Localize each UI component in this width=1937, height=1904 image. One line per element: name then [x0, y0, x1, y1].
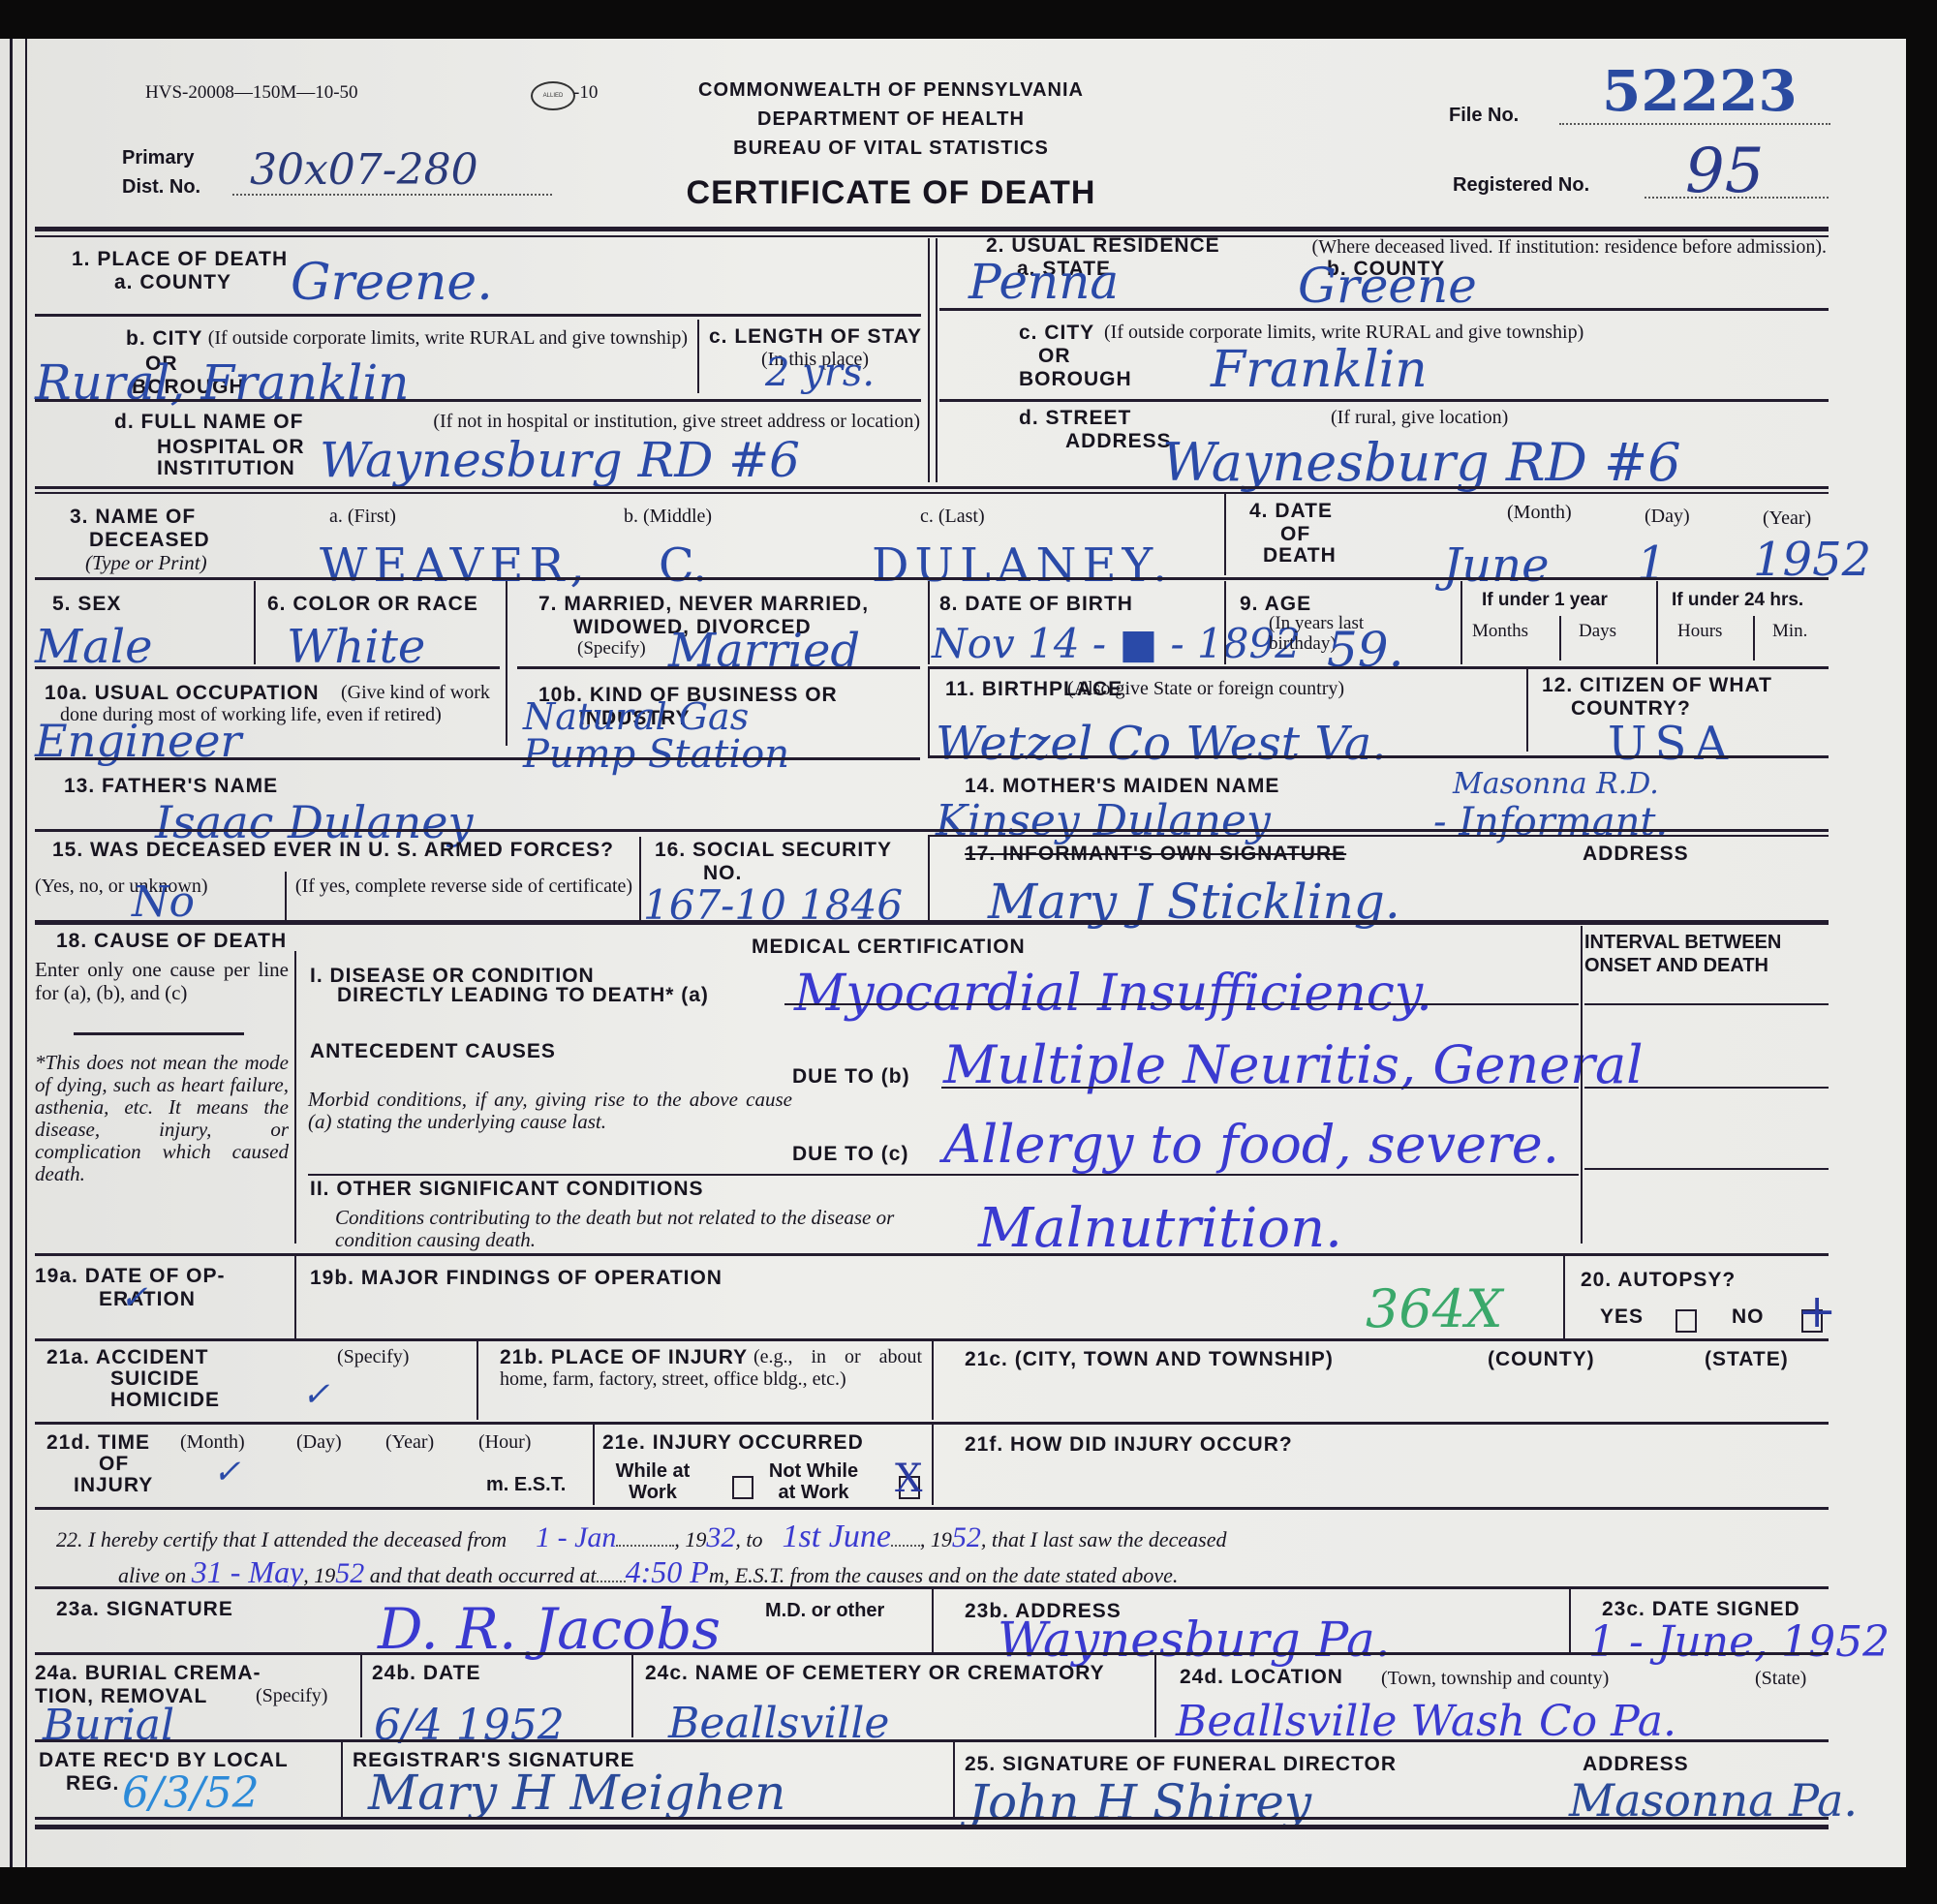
last-name-value: DULANEY. — [872, 538, 1173, 593]
physician-address-value: Waynesburg Pa. — [998, 1612, 1391, 1668]
physician-signature-label: 23a. SIGNATURE — [56, 1598, 233, 1620]
divider — [932, 1340, 934, 1420]
header-line2: DEPARTMENT OF HEALTH — [542, 108, 1240, 131]
month-label: (Month) — [1507, 502, 1572, 523]
under-24-hrs-label: If under 24 hrs. — [1672, 591, 1803, 611]
injury-hour-label: (Hour) — [478, 1431, 531, 1453]
rule — [35, 1825, 1829, 1829]
injury-place-hint: (e.g., in or about home, farm, factory, … — [500, 1346, 922, 1391]
injury-city-label: 21c. (CITY, TOWN AND TOWNSHIP) — [965, 1348, 1334, 1370]
divider — [1526, 668, 1528, 752]
attended-to-year: 52 — [952, 1521, 981, 1553]
divider — [1656, 581, 1658, 664]
last-seen-alive-value: 31 - May — [192, 1554, 304, 1589]
other-conditions-label: II. OTHER SIGNIFICANT CONDITIONS — [310, 1178, 704, 1200]
accident-specify-label: (Specify) — [337, 1346, 409, 1367]
disposition-value: Burial — [43, 1701, 174, 1750]
injury-month-label: (Month) — [180, 1431, 245, 1453]
name-label: 3. NAME OF — [70, 506, 196, 528]
armed-forces-label: 15. WAS DECEASED EVER IN U. S. ARMED FOR… — [52, 839, 614, 861]
street-hint: (If rural, give location) — [1331, 407, 1508, 428]
of-label: OF — [1280, 523, 1310, 545]
divider — [928, 837, 930, 924]
interval-line-c — [1584, 1168, 1829, 1170]
injury-time-check: ✓ — [213, 1453, 241, 1491]
injury-day-label: (Day) — [296, 1431, 342, 1453]
due-to-b-label: DUE TO (b) — [792, 1065, 910, 1088]
injury-label: INJURY — [74, 1474, 153, 1496]
divider — [1154, 1654, 1156, 1737]
not-while-at-work-mark-icon: X — [895, 1457, 922, 1501]
rule — [928, 835, 1829, 837]
borough-label: BOROUGH — [1019, 368, 1132, 390]
mother-label: 14. MOTHER'S MAIDEN NAME — [965, 775, 1279, 797]
interval-line-a — [1584, 1003, 1829, 1005]
divider — [639, 837, 641, 924]
left-border — [10, 39, 13, 1867]
marital-value: Married — [668, 624, 860, 678]
injury-time-label: 21d. TIME — [46, 1431, 150, 1454]
cause-a-value: Myocardial Insufficiency. — [794, 965, 1432, 1023]
divider — [953, 1741, 955, 1819]
form-code: HVS-20008—150M—10-50 — [145, 83, 358, 104]
death-day-value: 1 — [1637, 537, 1667, 591]
divider — [254, 581, 256, 664]
divider — [285, 872, 287, 920]
rule — [35, 757, 920, 760]
divider — [1460, 581, 1462, 664]
type-or-print-label: (Type or Print) — [85, 552, 207, 574]
time-of-death-value: 4:50 P — [626, 1554, 709, 1589]
ssn-label: 16. SOCIAL SECURITY — [655, 839, 892, 861]
rule — [35, 1507, 1829, 1510]
medical-certification-label: MEDICAL CERTIFICATION — [752, 936, 1026, 958]
while-at-work-label: While at Work — [604, 1460, 701, 1503]
first-name-value: WEAVER, — [320, 538, 591, 593]
divider — [1224, 494, 1226, 575]
last-seen-alive-year: 52 — [335, 1557, 364, 1589]
birth-date-label: 8. DATE OF BIRTH — [939, 593, 1133, 615]
informant-note: - Informant. — [1433, 800, 1668, 845]
cemetery-label: 24c. NAME OF CEMETERY OR CREMATORY — [645, 1662, 1105, 1684]
hospital-label-2: HOSPITAL OR — [157, 436, 305, 458]
stay-value: 2 yrs. — [765, 351, 875, 395]
rule — [939, 399, 1829, 402]
divider — [928, 581, 930, 664]
certify-line-2: alive on 31 - May, 1952 and that death o… — [118, 1555, 1178, 1589]
certify-line-1: 22. I hereby certify that I attended the… — [56, 1519, 1226, 1554]
residence-hint: (Where deceased lived. If institution: r… — [1278, 236, 1827, 258]
divider — [1559, 616, 1561, 660]
burial-date-label: 24b. DATE — [372, 1662, 480, 1684]
autopsy-no-mark-icon: + — [1798, 1284, 1836, 1338]
divider — [360, 1654, 362, 1737]
divider — [932, 1424, 934, 1505]
operation-date-check: ✓ — [120, 1278, 148, 1317]
hours-label: Hours — [1677, 622, 1722, 642]
rule — [35, 1739, 1829, 1742]
cause-c-value: Allergy to food, severe. — [943, 1114, 1559, 1175]
informant-address-label: ADDRESS — [1583, 843, 1689, 865]
hospital-value: Waynesburg RD #6 — [320, 432, 800, 488]
birthplace-hint: (Also give State or foreign country) — [1067, 678, 1517, 699]
specify-label: (Specify) — [577, 639, 646, 660]
informant-address-note: Masonna R.D. — [1453, 767, 1659, 801]
rule — [35, 486, 1829, 489]
left-border-inner — [25, 39, 27, 1867]
cause-of-death-label: 18. CAUSE OF DEATH — [56, 930, 287, 952]
funeral-address-label: ADDRESS — [1583, 1753, 1689, 1775]
age-value: 59. — [1327, 622, 1404, 678]
attended-from-year: 32 — [706, 1521, 735, 1553]
first-name-label: a. (First) — [329, 506, 396, 527]
rule — [35, 1652, 1829, 1655]
registered-label: Registered No. — [1453, 174, 1589, 196]
primary-label: Primary — [122, 147, 195, 169]
days-label: Days — [1579, 622, 1616, 642]
divider — [593, 1424, 595, 1505]
injury-state-label: (STATE) — [1705, 1348, 1789, 1370]
hospital-label: d. FULL NAME OF — [114, 411, 303, 433]
rule — [35, 1817, 1829, 1820]
citizen-value: USA — [1608, 717, 1736, 771]
death-label: DEATH — [1263, 544, 1337, 567]
header-rule — [35, 227, 1829, 231]
middle-name-value: C. — [659, 538, 707, 593]
autopsy-yes-checkbox[interactable] — [1676, 1309, 1697, 1333]
divider — [294, 951, 296, 1244]
header-line3: BUREAU OF VITAL STATISTICS — [542, 138, 1240, 160]
divider — [1563, 1255, 1565, 1338]
due-to-c-label: DUE TO (c) — [792, 1143, 908, 1165]
accident-check: ✓ — [302, 1375, 330, 1414]
date-of-death-label: 4. DATE — [1249, 500, 1333, 522]
rule — [35, 399, 921, 402]
father-label: 13. FATHER'S NAME — [64, 775, 278, 797]
reg-label: REG. — [66, 1772, 119, 1795]
months-label: Months — [1472, 622, 1528, 642]
injury-year-label: (Year) — [385, 1431, 434, 1453]
deceased-label: DECEASED — [89, 529, 210, 551]
informant-label: 17. INFORMANT'S OWN SIGNATURE — [965, 843, 1346, 865]
rule — [928, 666, 1829, 669]
divider — [341, 1741, 343, 1819]
divider — [1753, 616, 1755, 660]
death-month-value: June — [1443, 538, 1549, 593]
hospital-hint: (If not in hospital or institution, give… — [358, 411, 920, 432]
registered-number: 95 — [1685, 136, 1764, 207]
city-label: b. CITY — [126, 327, 202, 350]
directly-leading-label: DIRECTLY LEADING TO DEATH* (a) — [337, 984, 709, 1006]
death-city-value: Rural, Franklin — [35, 354, 409, 411]
interval-label-2: ONSET AND DEATH — [1584, 955, 1768, 976]
mother-value: Kinsey Dulaney — [936, 796, 1271, 845]
day-label: (Day) — [1645, 506, 1690, 527]
rule — [517, 666, 920, 669]
rule — [35, 666, 500, 669]
file-label: File No. — [1449, 105, 1519, 126]
suicide-label: SUICIDE — [110, 1367, 200, 1390]
line-a — [784, 1003, 1579, 1005]
res-county-value: Greene — [1298, 258, 1477, 314]
location-state-hint: (State) — [1755, 1668, 1806, 1689]
date-received-value: 6/3/52 — [122, 1768, 260, 1818]
header-line1: COMMONWEALTH OF PENNSYLVANIA — [542, 79, 1240, 102]
page-title: CERTIFICATE OF DEATH — [542, 174, 1240, 212]
sex-label: 5. SEX — [52, 593, 121, 615]
injury-county-label: (COUNTY) — [1488, 1348, 1595, 1370]
dist-label: Dist. No. — [122, 176, 200, 198]
marital-label: 7. MARRIED, NEVER MARRIED, — [538, 593, 869, 615]
divider — [294, 1255, 296, 1338]
attended-from-value: 1 - Jan — [536, 1521, 616, 1553]
res-city-label: c. CITY — [1019, 322, 1094, 344]
birth-date-value: Nov 14 - ■ - 1892 — [932, 620, 1301, 667]
md-or-other-label: M.D. or other — [765, 1600, 884, 1621]
homicide-label: HOMICIDE — [110, 1389, 220, 1411]
res-street-value: Waynesburg RD #6 — [1162, 432, 1681, 493]
county-label: a. COUNTY — [114, 271, 231, 293]
address-label: ADDRESS — [1065, 430, 1172, 452]
operation-findings-label: 19b. MAJOR FINDINGS OF OPERATION — [310, 1267, 723, 1289]
line-b — [941, 1087, 1579, 1089]
min-label: Min. — [1772, 622, 1807, 642]
rule — [308, 1174, 1579, 1176]
stay-label: c. LENGTH OF STAY — [709, 325, 922, 348]
cause-footnote: *This does not mean the mode of dying, s… — [35, 1052, 289, 1186]
divider — [1224, 581, 1226, 664]
interval-line-b — [1584, 1087, 1829, 1089]
divider — [506, 581, 507, 746]
other-conditions-hint: Conditions contributing to the death but… — [335, 1207, 955, 1251]
autopsy-label: 20. AUTOPSY? — [1581, 1269, 1736, 1291]
rule — [74, 1032, 244, 1035]
divider — [1581, 926, 1583, 1244]
rule — [35, 577, 1829, 580]
dist-value: 30x07-280 — [250, 145, 478, 195]
divider — [1569, 1588, 1571, 1652]
of-label: OF — [99, 1453, 129, 1475]
other-conditions-value: Malnutrition. — [978, 1197, 1342, 1260]
location-hint: (Town, township and county) — [1381, 1668, 1609, 1689]
interval-label: INTERVAL BETWEEN — [1584, 932, 1781, 953]
accident-label: 21a. ACCIDENT — [46, 1346, 208, 1368]
death-county-value: Greene. — [291, 254, 493, 312]
registrar-signature: Mary H Meighen — [368, 1765, 785, 1821]
attended-to-value: 1st June — [783, 1519, 891, 1554]
disposition-specify-label: (Specify) — [256, 1685, 327, 1706]
citizen-label: 12. CITIZEN OF WHAT — [1542, 674, 1772, 696]
antecedent-label: ANTECEDENT CAUSES — [310, 1040, 556, 1062]
middle-name-label: b. (Middle) — [624, 506, 712, 527]
rule — [35, 314, 921, 317]
divider — [477, 1340, 478, 1420]
injury-how-label: 21f. HOW DID INJURY OCCUR? — [965, 1433, 1293, 1456]
rule — [928, 755, 1829, 758]
autopsy-yes-label: YES — [1600, 1305, 1644, 1328]
under-1-year-label: If under 1 year — [1482, 591, 1608, 611]
res-city-value: Franklin — [1211, 341, 1428, 399]
res-city-hint: (If outside corporate limits, write RURA… — [1104, 322, 1583, 343]
rule — [35, 829, 1829, 832]
age-label: 9. AGE — [1240, 593, 1311, 615]
while-at-work-checkbox[interactable] — [732, 1476, 753, 1499]
rule — [35, 920, 1829, 925]
rule — [939, 308, 1829, 311]
injury-occurred-label: 21e. INJURY OCCURRED — [602, 1431, 864, 1454]
race-label: 6. COLOR OR RACE — [267, 593, 478, 615]
last-name-label: c. (Last) — [920, 506, 985, 527]
file-number: 52223 — [1602, 58, 1798, 124]
year-label: (Year) — [1763, 507, 1811, 529]
rule — [35, 1253, 1829, 1256]
business-value-2: Pump Station — [523, 732, 789, 777]
funeral-director-label: 25. SIGNATURE OF FUNERAL DIRECTOR — [965, 1753, 1397, 1775]
morbid-conditions-hint: Morbid conditions, if any, giving rise t… — [308, 1089, 792, 1133]
autopsy-no-label: NO — [1732, 1305, 1765, 1328]
divider — [697, 320, 699, 393]
not-while-at-work-label: Not While at Work — [763, 1460, 864, 1503]
divider — [928, 238, 930, 482]
funeral-director-signature: John H Shirey — [968, 1774, 1311, 1830]
est-label: m. E.S.T. — [486, 1474, 566, 1495]
divider — [932, 1588, 934, 1652]
disposition-label: 24a. BURIAL CREMA- — [35, 1662, 261, 1684]
street-label: d. STREET — [1019, 407, 1131, 429]
birthplace-value: Wetzel Co West Va. — [936, 717, 1386, 771]
city-hint: (If outside corporate limits, write RURA… — [203, 327, 688, 349]
divider — [928, 668, 930, 757]
place-of-death-label: 1. PLACE OF DEATH — [72, 248, 288, 270]
burial-date-value: 6/4 1952 — [374, 1701, 565, 1750]
classification-code: 364X — [1366, 1278, 1503, 1339]
location-label: 24d. LOCATION — [1180, 1666, 1343, 1688]
res-state-value: Penna — [968, 254, 1119, 310]
divider — [936, 238, 938, 482]
date-signed-value: 1 - June, 1952 — [1588, 1617, 1890, 1667]
or-label: OR — [1038, 345, 1071, 367]
rule — [35, 492, 1829, 494]
divider — [631, 1654, 633, 1737]
institution-label: INSTITUTION — [157, 457, 295, 479]
cause-instructions: Enter only one cause per line for (a), (… — [35, 959, 289, 1004]
armed-hint-2: (If yes, complete reverse side of certif… — [294, 875, 633, 897]
